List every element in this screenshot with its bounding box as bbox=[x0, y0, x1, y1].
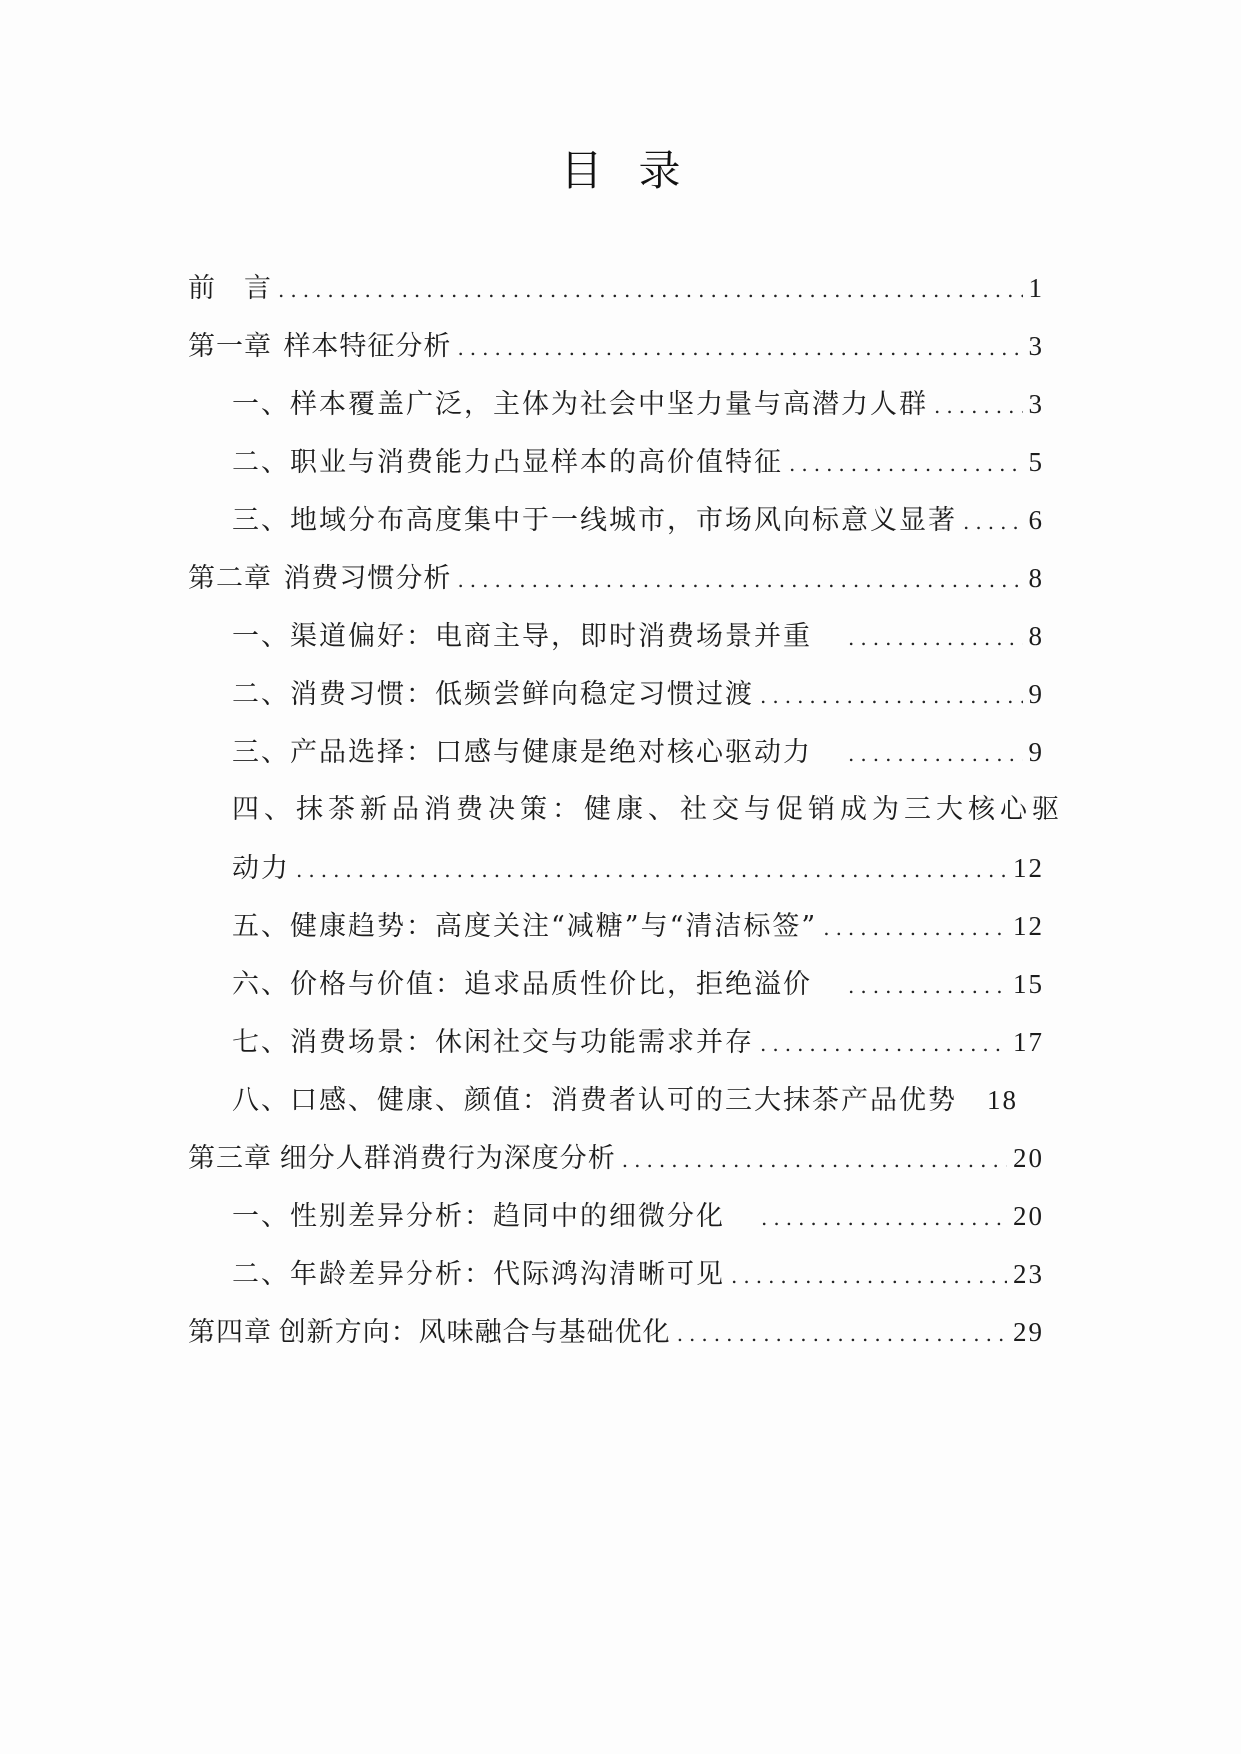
toc-entry-2-7[interactable]: 七、消费场景：休闲社交与功能需求并存 .....................… bbox=[232, 1022, 1044, 1062]
toc-entry-chapter-1[interactable]: 第一章 样本特征分析 .............................… bbox=[188, 326, 1044, 366]
toc-entry-label: 二、职业与消费能力凸显样本的高价值特征 bbox=[232, 443, 783, 483]
page-title: 目录 bbox=[0, 150, 1241, 192]
toc-page-number: 12 bbox=[1013, 906, 1044, 946]
dot-leader: ........................................… bbox=[760, 1024, 1007, 1064]
toc-entry-2-4-continuation[interactable]: 动力 .....................................… bbox=[232, 848, 1044, 888]
toc-entry-label: 五、健康趋势：高度关注“减糖”与“清洁标签” bbox=[232, 907, 817, 947]
dot-leader: ........................................… bbox=[934, 386, 1023, 426]
toc-page-number: 29 bbox=[1013, 1312, 1044, 1352]
toc-chapter-number: 第三章 bbox=[188, 1139, 272, 1179]
toc-page-number: 3 bbox=[1029, 326, 1045, 366]
toc-entry-label: 七、消费场景：休闲社交与功能需求并存 bbox=[232, 1023, 754, 1063]
toc-entry-label: 消费习惯分析 bbox=[283, 559, 451, 599]
dot-leader: ........................................… bbox=[848, 966, 1007, 1006]
toc-entry-3-2[interactable]: 二、年龄差异分析：代际鸿沟清晰可见 ......................… bbox=[232, 1254, 1044, 1294]
toc-entry-chapter-3[interactable]: 第三章 细分人群消费行为深度分析 .......................… bbox=[188, 1138, 1044, 1178]
toc-entry-1-3[interactable]: 三、地域分布高度集中于一线城市，市场风向标意义显著 ..............… bbox=[232, 500, 1044, 540]
toc-entry-1-2[interactable]: 二、职业与消费能力凸显样本的高价值特征 ....................… bbox=[232, 442, 1044, 482]
dot-leader: ........................................… bbox=[963, 502, 1023, 542]
toc-entry-2-8[interactable]: 八、口感、健康、颜值：消费者认可的三大抹茶产品优势 18 bbox=[232, 1080, 1108, 1120]
toc-entry-label: 细分人群消费行为深度分析 bbox=[280, 1139, 616, 1179]
toc-entry-3-1[interactable]: 一、性别差异分析：趋同中的细微分化 ......................… bbox=[232, 1196, 1044, 1236]
toc-entry-label: 创新方向：风味融合与基础优化 bbox=[279, 1313, 671, 1353]
toc-chapter-number: 第二章 bbox=[188, 559, 272, 599]
toc-entry-1-1[interactable]: 一、样本覆盖广泛，主体为社会中坚力量与高潜力人群 ...............… bbox=[232, 384, 1044, 424]
dot-leader: ........................................… bbox=[296, 850, 1007, 890]
toc-entry-2-1[interactable]: 一、渠道偏好：电商主导，即时消费场景并重 ...................… bbox=[232, 616, 1044, 656]
toc-page-number: 6 bbox=[1029, 500, 1045, 540]
toc-page-number: 20 bbox=[1013, 1138, 1044, 1178]
dot-leader: ........................................… bbox=[278, 270, 1023, 310]
toc-page-number: 15 bbox=[1013, 964, 1044, 1004]
toc-page-number: 5 bbox=[1029, 442, 1045, 482]
toc-page-number: 3 bbox=[1029, 384, 1045, 424]
dot-leader: ........................................… bbox=[848, 618, 1023, 658]
toc-page-number: 20 bbox=[1013, 1196, 1044, 1236]
toc-entry-2-2[interactable]: 二、消费习惯：低频尝鲜向稳定习惯过渡 .....................… bbox=[232, 674, 1044, 714]
toc-entry-chapter-4[interactable]: 第四章 创新方向：风味融合与基础优化 .....................… bbox=[188, 1312, 1044, 1352]
toc-page-number: 9 bbox=[1029, 732, 1045, 772]
toc-page-number: 12 bbox=[1013, 848, 1044, 888]
toc-entry-label: 三、地域分布高度集中于一线城市，市场风向标意义显著 bbox=[232, 501, 957, 541]
dot-leader: ........................................… bbox=[457, 560, 1022, 600]
toc-page-number: 17 bbox=[1013, 1022, 1044, 1062]
toc-entry-preface[interactable]: 前 言 ....................................… bbox=[188, 268, 1044, 308]
toc-entry-label: 一、渠道偏好：电商主导，即时消费场景并重 bbox=[232, 617, 812, 657]
dot-leader: ........................................… bbox=[789, 444, 1023, 484]
toc-entry-label: 样本特征分析 bbox=[283, 327, 451, 367]
toc-entry-label: 六、价格与价值：追求品质性价比，拒绝溢价 bbox=[232, 965, 812, 1005]
toc-entry-label: 三、产品选择：口感与健康是绝对核心驱动力 bbox=[232, 733, 812, 773]
toc-page-number: 9 bbox=[1029, 674, 1045, 714]
toc-entry-label-continuation: 动力 bbox=[232, 849, 290, 889]
toc-chapter-number: 第一章 bbox=[188, 327, 272, 367]
toc-entry-label: 前 言 bbox=[188, 269, 272, 309]
toc-entry-label: 四、抹茶新品消费决策：健康、社交与促销成为三大核心驱 bbox=[232, 790, 1064, 830]
dot-leader: ........................................… bbox=[760, 676, 1023, 716]
toc-entry-2-5[interactable]: 五、健康趋势：高度关注“减糖”与“清洁标签” .................… bbox=[232, 906, 1044, 946]
toc-entry-label: 一、样本覆盖广泛，主体为社会中坚力量与高潜力人群 bbox=[232, 385, 928, 425]
toc-entry-2-6[interactable]: 六、价格与价值：追求品质性价比，拒绝溢价 ...................… bbox=[232, 964, 1044, 1004]
toc-page-number: 23 bbox=[1013, 1254, 1044, 1294]
toc-page-number: 18 bbox=[987, 1080, 1018, 1120]
dot-leader: ........................................… bbox=[848, 734, 1023, 774]
toc-entry-2-4[interactable]: 四、抹茶新品消费决策：健康、社交与促销成为三大核心驱 bbox=[232, 790, 1044, 830]
dot-leader: ........................................… bbox=[823, 908, 1007, 948]
toc-page-number: 1 bbox=[1029, 268, 1045, 308]
toc-entry-label: 一、性别差异分析：趋同中的细微分化 bbox=[232, 1197, 725, 1237]
toc-entry-label: 二、年龄差异分析：代际鸿沟清晰可见 bbox=[232, 1255, 725, 1295]
toc-entry-chapter-2[interactable]: 第二章 消费习惯分析 .............................… bbox=[188, 558, 1044, 598]
toc-chapter-number: 第四章 bbox=[188, 1313, 272, 1353]
toc-page-number: 8 bbox=[1029, 558, 1045, 598]
toc-page-number: 8 bbox=[1029, 616, 1045, 656]
toc-entry-label: 二、消费习惯：低频尝鲜向稳定习惯过渡 bbox=[232, 675, 754, 715]
dot-leader: ........................................… bbox=[761, 1198, 1007, 1238]
dot-leader: ........................................… bbox=[677, 1314, 1007, 1354]
dot-leader: ........................................… bbox=[457, 328, 1022, 368]
document-page: 目录 前 言 .................................… bbox=[0, 0, 1241, 1754]
dot-leader: ........................................… bbox=[731, 1256, 1007, 1296]
toc-entry-label: 八、口感、健康、颜值：消费者认可的三大抹茶产品优势 bbox=[232, 1081, 957, 1121]
dot-leader: ........................................… bbox=[622, 1140, 1007, 1180]
toc-entry-2-3[interactable]: 三、产品选择：口感与健康是绝对核心驱动力 ...................… bbox=[232, 732, 1044, 772]
